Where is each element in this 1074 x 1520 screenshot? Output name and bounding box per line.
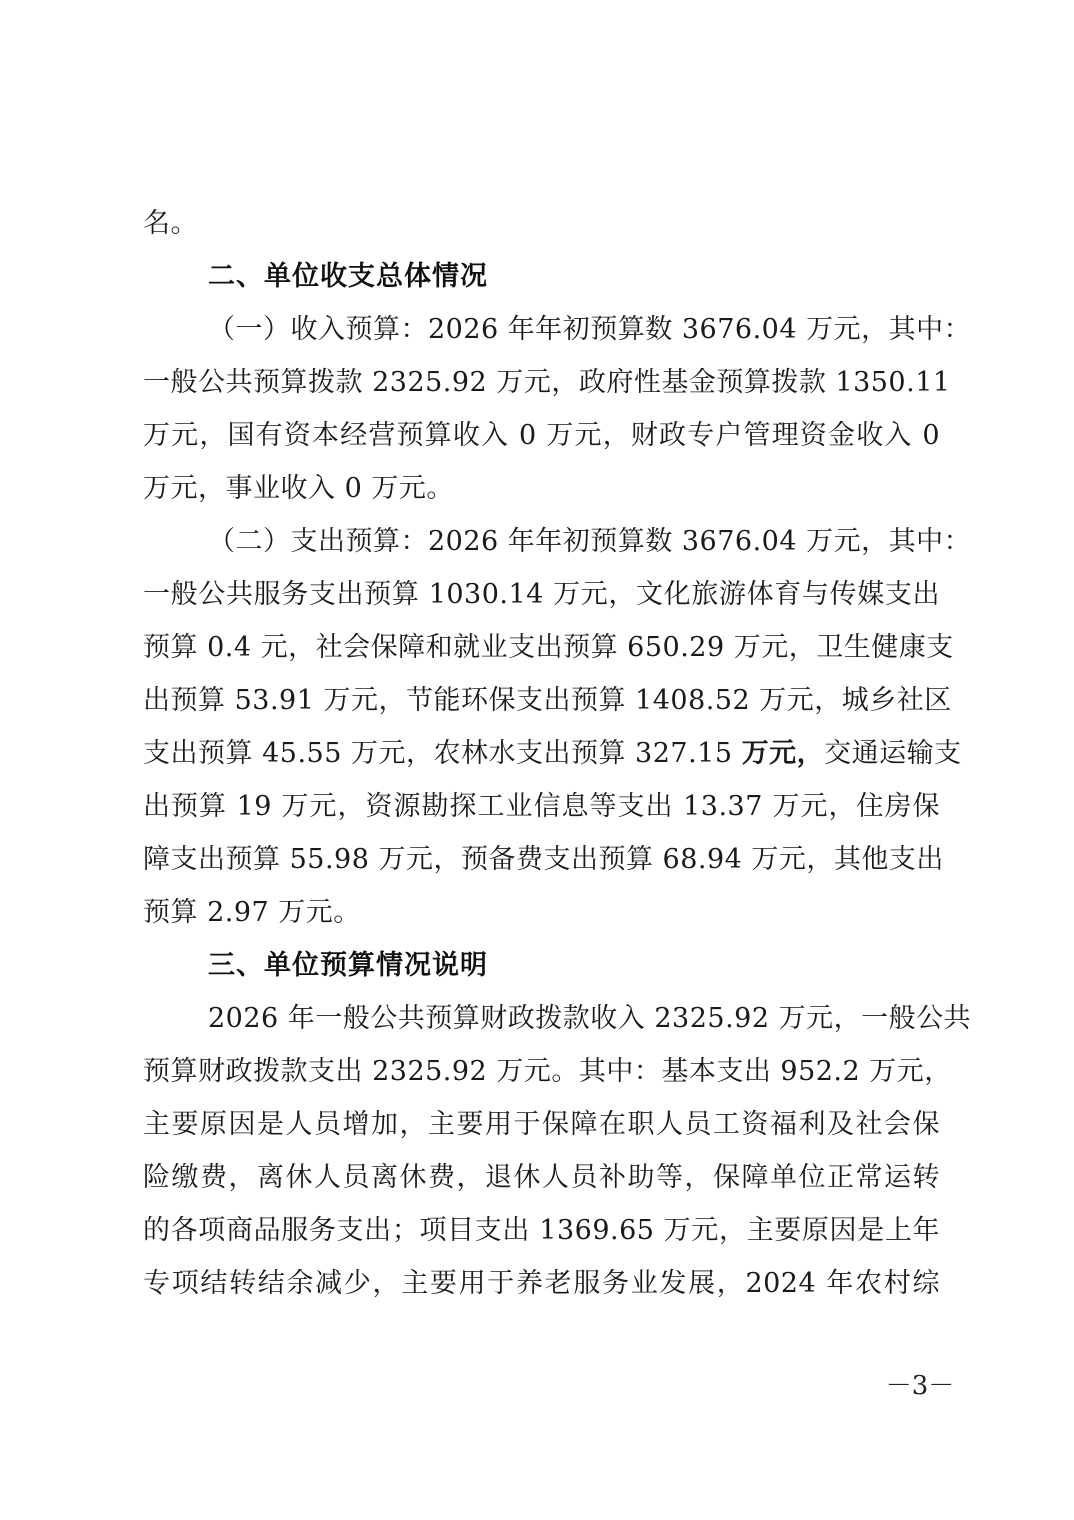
expense-budget-line-1: （二）支出预算：2026 年年初预算数 3676.04 万元，其中： <box>208 522 940 562</box>
expense-text-before: 支出预算 45.55 万元，农林水支出预算 327.15 <box>143 738 742 769</box>
income-budget-line-4: 万元，事业收入 0 万元。 <box>143 469 940 509</box>
income-budget-line-1: （一）收入预算：2026 年年初预算数 3676.04 万元，其中： <box>208 310 940 350</box>
income-budget-line-3: 万元，国有资本经营预算收入 0 万元，财政专户管理资金收入 0 <box>143 416 940 456</box>
section-heading-2: 二、单位收支总体情况 <box>208 257 940 297</box>
expense-budget-line-2: 一般公共服务支出预算 1030.14 万元，文化旅游体育与传媒支出 <box>143 575 940 615</box>
explanation-line-6: 专项结转结余减少，主要用于养老服务业发展，2024 年农村综 <box>143 1264 940 1304</box>
expense-budget-line-5: 支出预算 45.55 万元，农林水支出预算 327.15 万元，交通运输支 <box>143 734 940 774</box>
explanation-line-5: 的各项商品服务支出；项目支出 1369.65 万元，主要原因是上年 <box>143 1211 940 1251</box>
explanation-line-1: 2026 年一般公共预算财政拨款收入 2325.92 万元，一般公共 <box>208 999 940 1039</box>
explanation-line-2: 预算财政拨款支出 2325.92 万元。其中：基本支出 952.2 万元， <box>143 1052 940 1092</box>
text-line-continuation: 名。 <box>143 204 940 244</box>
expense-text-after: 交通运输支 <box>824 738 962 769</box>
explanation-line-4: 险缴费，离休人员离休费，退休人员补助等，保障单位正常运转 <box>143 1158 940 1198</box>
expense-text-bold: 万元， <box>742 738 825 769</box>
explanation-line-3: 主要原因是人员增加，主要用于保障在职人员工资福利及社会保 <box>143 1105 940 1145</box>
expense-budget-line-3: 预算 0.4 元，社会保障和就业支出预算 650.29 万元，卫生健康支 <box>143 628 940 668</box>
page-number: －3－ <box>880 1368 960 1404</box>
document-page: 名。 二、单位收支总体情况 （一）收入预算：2026 年年初预算数 3676.0… <box>0 0 1074 1520</box>
section-heading-3: 三、单位预算情况说明 <box>208 946 940 986</box>
expense-budget-line-7: 障支出预算 55.98 万元，预备费支出预算 68.94 万元，其他支出 <box>143 840 940 880</box>
expense-budget-line-6: 出预算 19 万元，资源勘探工业信息等支出 13.37 万元，住房保 <box>143 787 940 827</box>
income-budget-line-2: 一般公共预算拨款 2325.92 万元，政府性基金预算拨款 1350.11 <box>143 363 940 403</box>
expense-budget-line-4: 出预算 53.91 万元，节能环保支出预算 1408.52 万元，城乡社区 <box>143 681 940 721</box>
expense-budget-line-8: 预算 2.97 万元。 <box>143 893 940 933</box>
